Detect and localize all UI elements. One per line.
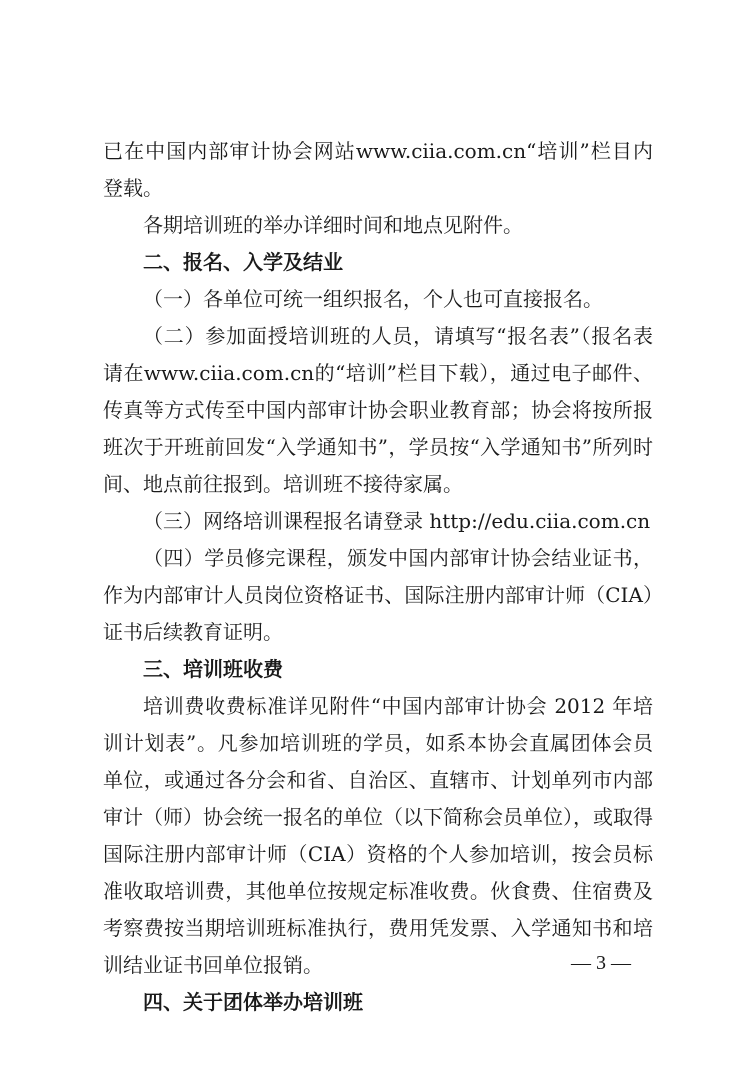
section-heading-registration: 二、报名、入学及结业	[103, 244, 653, 281]
paragraph-registration-4: （四）学员修完课程，颁发中国内部审计协会结业证书，作为内部审计人员岗位资格证书、…	[103, 540, 653, 651]
section-heading-group-training: 四、关于团体举办培训班	[103, 984, 653, 1021]
document-body: 已在中国内部审计协会网站www.ciia.com.cn“培训”栏目内登载。 各期…	[103, 133, 653, 1021]
paragraph-website-note: 已在中国内部审计协会网站www.ciia.com.cn“培训”栏目内登载。	[103, 133, 653, 207]
paragraph-registration-3: （三）网络培训课程报名请登录 http://edu.ciia.com.cn	[103, 503, 653, 540]
paragraph-registration-2: （二）参加面授培训班的人员，请填写“报名表”（报名表请在www.ciia.com…	[103, 318, 653, 503]
paragraph-schedule-note: 各期培训班的举办详细时间和地点见附件。	[103, 207, 653, 244]
section-heading-fees: 三、培训班收费	[103, 651, 653, 688]
page-number: — 3 —	[566, 952, 636, 975]
paragraph-registration-1: （一）各单位可统一组织报名，个人也可直接报名。	[103, 281, 653, 318]
paragraph-fees: 培训费收费标准详见附件“中国内部审计协会 2012 年培训计划表”。凡参加培训班…	[103, 688, 653, 984]
